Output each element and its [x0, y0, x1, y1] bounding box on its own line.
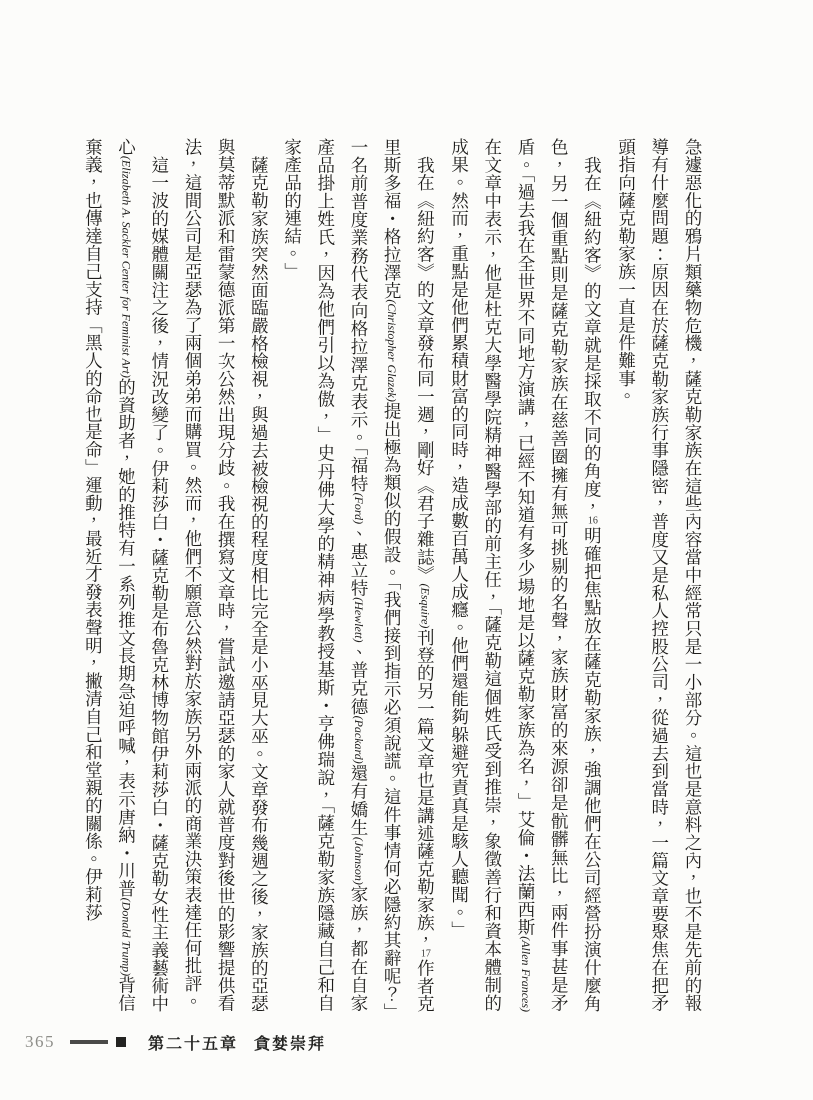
text-run: 、惠立特	[349, 524, 369, 597]
chapter-label: 第二十五章	[148, 1031, 238, 1054]
paragraph: 我在《紐約客》的文章發布同一週，剛好《君子雜誌》(Esquire)刊登的另一篇文…	[275, 138, 442, 1012]
latin-text: (Esquire)	[418, 583, 432, 628]
page-number: 365	[25, 1032, 55, 1052]
latin-text: (Christopher Glazek)	[385, 299, 399, 401]
text-run: 刊登的另一篇文章也是講述薩克勒家族，	[415, 628, 435, 949]
paragraph: 這一波的媒體關注之後，情況改變了。伊莉莎白・薩克勒是布魯克林博物館伊莉莎白・薩克…	[76, 138, 176, 1012]
footnote-marker: 16	[587, 516, 598, 526]
page-text: 急遽惡化的鴉片類藥物危機，薩克勒家族在這些內容當中經常只是一小部分。這也是意料之…	[76, 138, 709, 1012]
paragraph: 薩克勒家族突然面臨嚴格檢視，與過去被檢視的程度相比完全是小巫見大巫。文章發布幾週…	[176, 138, 276, 1012]
text-run: 急遽惡化的鴉片類藥物危機，薩克勒家族在這些內容當中經常只是一小部分。這也是意料之…	[617, 138, 703, 1012]
text-run: 、普克德	[349, 643, 369, 716]
text-run: 薩克勒家族突然面臨嚴格檢視，與過去被檢視的程度相比完全是小巫見大巫。文章發布幾週…	[183, 138, 269, 1012]
text-run: 在文章中表示，他是杜克大學醫學院精神醫學部的前主任，「薩克勒這個姓氏受到推崇，象…	[450, 138, 503, 1012]
text-run: 的資助者，她的推特有一系列推文長期急迫呼喊，表示唐納・川普	[117, 378, 137, 898]
book-page: 急遽惡化的鴉片類藥物危機，薩克勒家族在這些內容當中經常只是一小部分。這也是意料之…	[0, 0, 813, 1100]
latin-text: (Hewlett)	[352, 597, 366, 642]
text-run: 我在《紐約客》的文章發布同一週，剛好《君子雜誌》	[415, 156, 435, 584]
text-run: 還有嬌生	[349, 764, 369, 837]
paragraph: 我在《紐約客》的文章就是採取不同的角度，16明確把焦點放在薩克勒家族，強調他們在…	[442, 138, 609, 1012]
footer-square-icon	[116, 1037, 126, 1047]
page-footer: 365 第二十五章 貪婪崇拜	[25, 1030, 326, 1054]
latin-text: (Johnson)	[352, 837, 366, 885]
paragraph: 急遽惡化的鴉片類藥物危機，薩克勒家族在這些內容當中經常只是一小部分。這也是意料之…	[609, 138, 709, 1012]
latin-text: (Ford)	[352, 493, 366, 525]
chapter-title: 貪婪崇拜	[254, 1031, 326, 1054]
footer-rule	[70, 1040, 108, 1044]
latin-text: (Packard)	[352, 716, 366, 764]
text-run: 我在《紐約客》的文章就是採取不同的角度，	[582, 156, 602, 516]
latin-text: (Elizabeth A. Sackler Center for Feminis…	[120, 156, 134, 378]
latin-text: (Allen Frances)	[519, 936, 533, 1012]
footnote-marker: 17	[420, 949, 431, 959]
latin-text: (Donald Trump)	[120, 898, 134, 976]
